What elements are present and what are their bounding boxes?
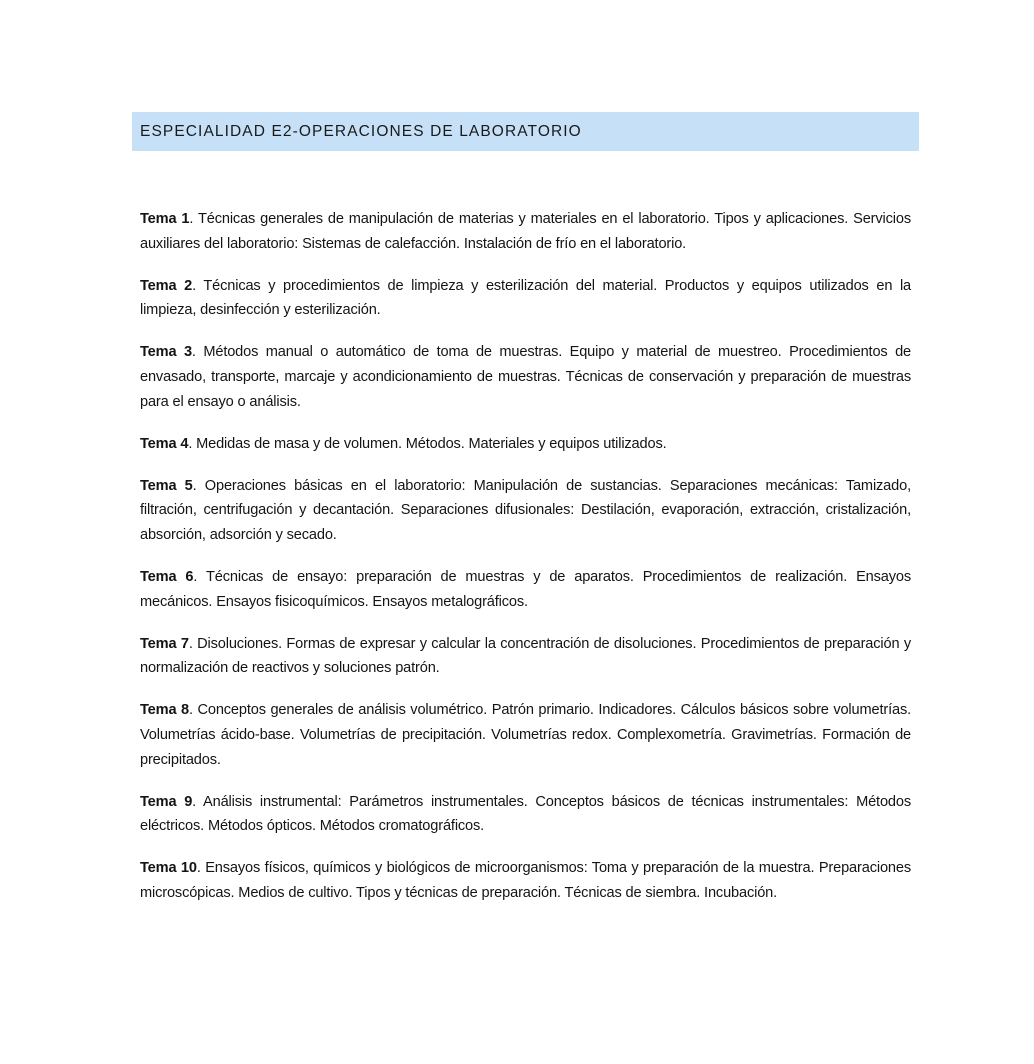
topic-item: Tema 1. Técnicas generales de manipulaci… (140, 207, 911, 256)
topic-text: . Operaciones básicas en el laboratorio:… (140, 478, 911, 543)
topic-item: Tema 10. Ensayos físicos, químicos y bio… (140, 856, 911, 905)
topic-item: Tema 2. Técnicas y procedimientos de lim… (140, 274, 911, 323)
topic-label: Tema 6 (140, 569, 193, 585)
topic-text: . Análisis instrumental: Parámetros inst… (140, 794, 911, 835)
topic-label: Tema 8 (140, 702, 189, 718)
topic-text: . Técnicas de ensayo: preparación de mue… (140, 569, 911, 610)
topic-list: Tema 1. Técnicas generales de manipulaci… (140, 207, 911, 923)
topic-item: Tema 3. Métodos manual o automático de t… (140, 340, 911, 414)
section-header: ESPECIALIDAD E2-OPERACIONES DE LABORATOR… (132, 112, 919, 151)
topic-text: . Medidas de masa y de volumen. Métodos.… (188, 436, 666, 452)
topic-item: Tema 9. Análisis instrumental: Parámetro… (140, 790, 911, 839)
topic-text: . Técnicas y procedimientos de limpieza … (140, 278, 911, 319)
topic-item: Tema 7. Disoluciones. Formas de expresar… (140, 632, 911, 681)
topic-item: Tema 8. Conceptos generales de análisis … (140, 698, 911, 772)
topic-text: . Ensayos físicos, químicos y biológicos… (140, 860, 911, 901)
topic-item: Tema 5. Operaciones básicas en el labora… (140, 474, 911, 548)
topic-text: . Disoluciones. Formas de expresar y cal… (140, 636, 911, 677)
topic-label: Tema 9 (140, 794, 192, 810)
topic-label: Tema 5 (140, 478, 193, 494)
topic-label: Tema 3 (140, 344, 192, 360)
document-page: ESPECIALIDAD E2-OPERACIONES DE LABORATOR… (0, 0, 1034, 1064)
topic-item: Tema 6. Técnicas de ensayo: preparación … (140, 565, 911, 614)
topic-item: Tema 4. Medidas de masa y de volumen. Mé… (140, 432, 911, 457)
topic-text: . Conceptos generales de análisis volumé… (140, 702, 911, 767)
topic-text: . Métodos manual o automático de toma de… (140, 344, 911, 409)
topic-label: Tema 1 (140, 211, 189, 227)
topic-label: Tema 4 (140, 436, 188, 452)
topic-label: Tema 10 (140, 860, 197, 876)
section-title: ESPECIALIDAD E2-OPERACIONES DE LABORATOR… (140, 123, 582, 141)
topic-text: . Técnicas generales de manipulación de … (140, 211, 911, 252)
topic-label: Tema 2 (140, 278, 192, 294)
topic-label: Tema 7 (140, 636, 189, 652)
